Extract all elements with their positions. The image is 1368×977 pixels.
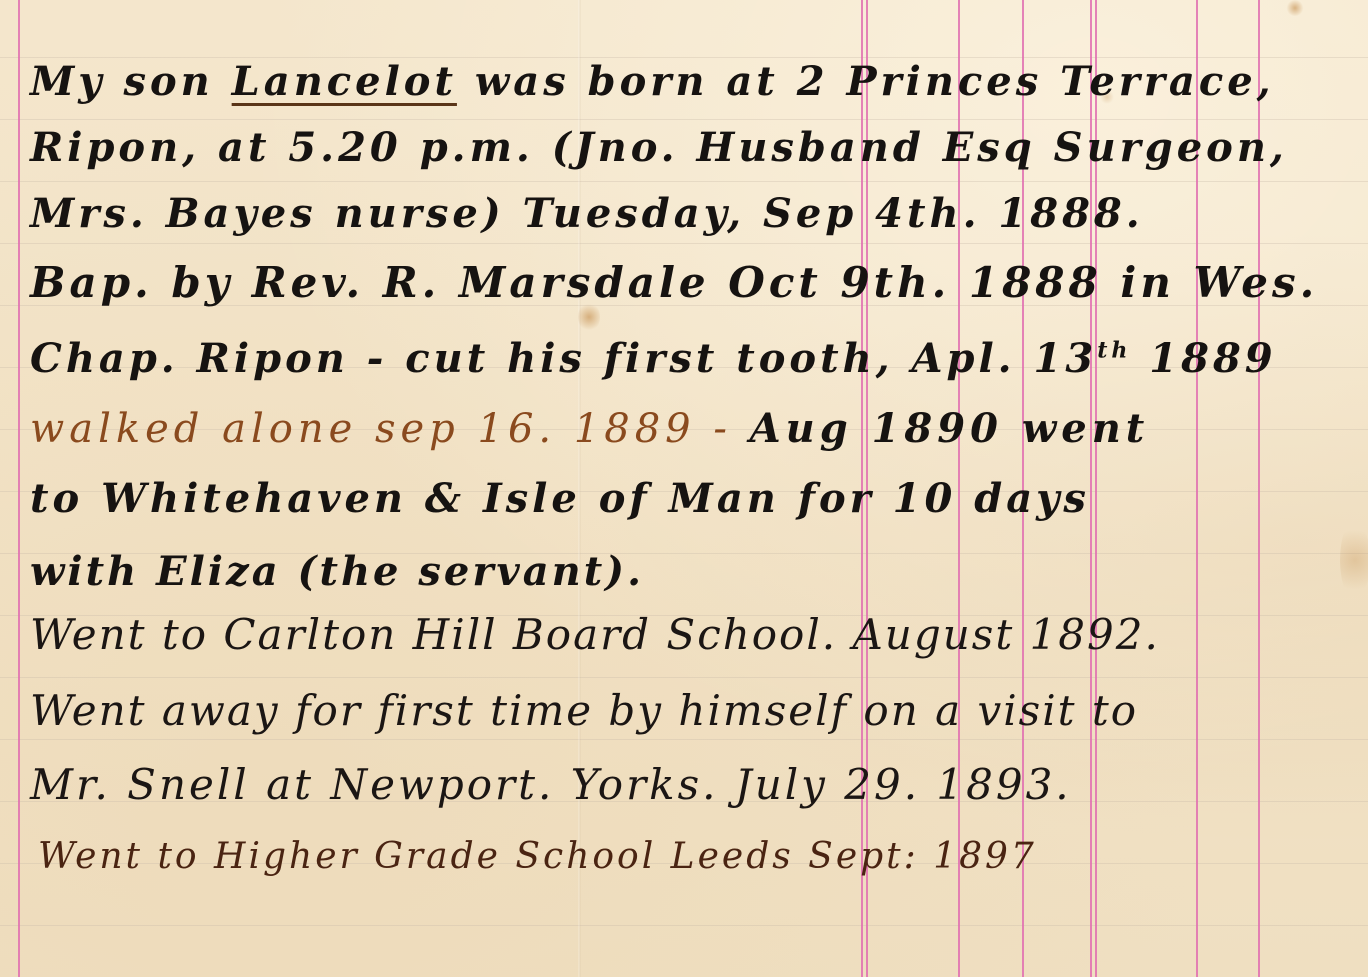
line-text: Ripon, at 5.20 p.m. (Jno. Husband Esq Su… [30,124,1288,171]
margin-rule [18,0,20,977]
superscript: th [1097,338,1131,364]
diary-line-2: Ripon, at 5.20 p.m. (Jno. Husband Esq Su… [30,124,1288,171]
line-text: Mrs. Bayes nurse) Tuesday, Sep 4th. 1888… [30,190,1144,237]
diary-line-5: Chap. Ripon - cut his first tooth, Apl. … [30,335,1277,382]
underlined-name: Lancelot [232,58,457,105]
line-text: Mr. Snell at Newport. Yorks. July 29. 18… [30,760,1072,809]
diary-line-7: to Whitehaven & Isle of Man for 10 days [30,475,1090,522]
horizontal-rule [0,181,1368,182]
line-text: was born at 2 Princes Terrace, [457,58,1275,105]
diary-line-4: Bap. by Rev. R. Marsdale Oct 9th. 1888 i… [30,258,1318,307]
diary-line-9: Went to Carlton Hill Board School. Augus… [30,610,1160,659]
line-text: My son [30,58,232,105]
diary-line-3: Mrs. Bayes nurse) Tuesday, Sep 4th. 1888… [30,190,1144,237]
diary-page: My son Lancelot was born at 2 Princes Te… [0,0,1368,977]
horizontal-rule [0,925,1368,926]
paper-stain [1286,0,1304,16]
diary-line-1: My son Lancelot was born at 2 Princes Te… [30,58,1275,105]
line-text: Went away for first time by himself on a… [30,686,1138,735]
horizontal-rule [0,119,1368,120]
diary-line-11: Mr. Snell at Newport. Yorks. July 29. 18… [30,760,1072,809]
brown-ink-text: walked alone sep 16. 1889 - [30,406,750,452]
horizontal-rule [0,677,1368,678]
line-text: Went to Carlton Hill Board School. Augus… [30,610,1160,659]
horizontal-rule [0,243,1368,244]
horizontal-rule [0,739,1368,740]
diary-line-12: Went to Higher Grade School Leeds Sept: … [38,836,1037,877]
paper-stain [1340,520,1368,600]
diary-line-8: with Eliza (the servant). [30,548,644,595]
line-text: to Whitehaven & Isle of Man for 10 days [30,475,1090,522]
black-ink-text: Aug 1890 went [750,405,1150,452]
line-text: with Eliza (the servant). [30,548,644,595]
diary-line-6: walked alone sep 16. 1889 - Aug 1890 wen… [30,405,1149,452]
line-text: 1889 [1131,335,1276,382]
line-text: Bap. by Rev. R. Marsdale Oct 9th. 1888 i… [30,258,1318,307]
line-text: Chap. Ripon - cut his first tooth, Apl. … [30,335,1097,382]
diary-line-10: Went away for first time by himself on a… [30,686,1138,735]
line-text: Went to Higher Grade School Leeds Sept: … [38,836,1037,877]
